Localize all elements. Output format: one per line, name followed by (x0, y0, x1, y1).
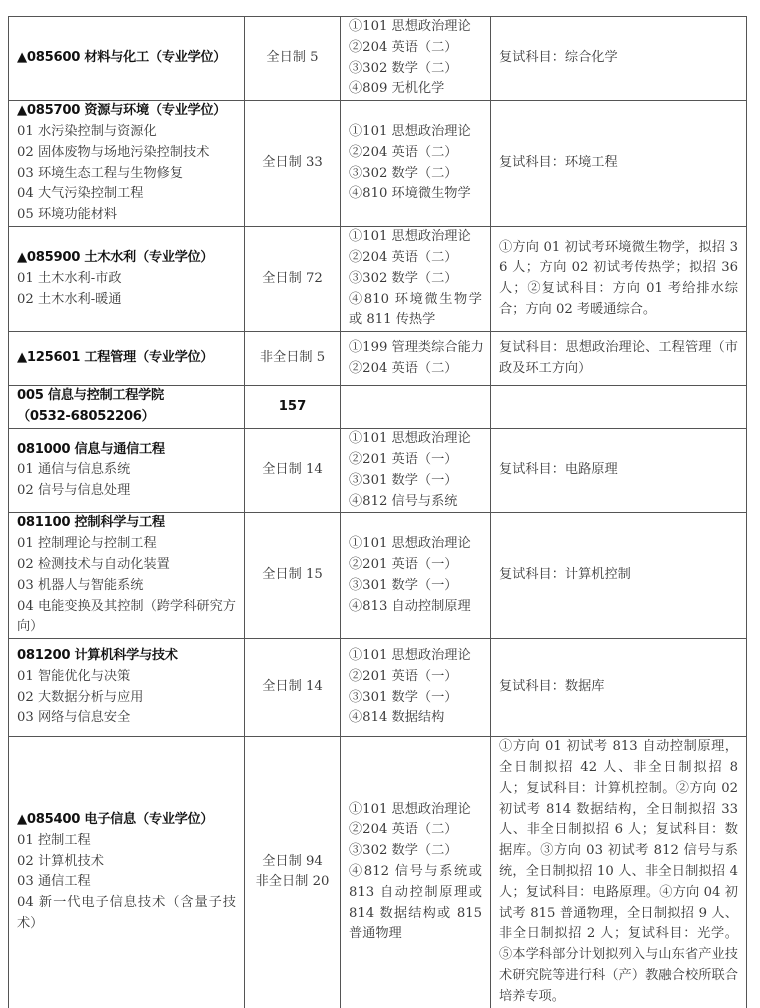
exam-subject: ③301 数学（一） (349, 688, 482, 709)
major-cell: ▲085900 土木水利（专业学位） 01 土木水利-市政 02 土木水利-暖通 (9, 227, 245, 332)
quota-value: 全日制 14 (253, 677, 332, 698)
direction-item: 02 检测技术与自动化装置 (17, 555, 236, 576)
notes-cell: ①方向 01 初试考 813 自动控制原理，全日制拟招 42 人、非全日制拟招 … (491, 737, 747, 1008)
exam-subjects-cell: ①101 思想政治理论 ②201 英语（一） ③301 数学（一） ④814 数… (341, 639, 491, 737)
notes-text: ①方向 01 初试考 813 自动控制原理，全日制拟招 42 人、非全日制拟招 … (499, 737, 738, 1007)
direction-item: 01 控制工程 (17, 831, 236, 852)
table-row: ▲085400 电子信息（专业学位） 01 控制工程 02 计算机技术 03 通… (9, 737, 747, 1008)
exam-subjects-cell: ①199 管理类综合能力 ②204 英语（二） (341, 332, 491, 386)
direction-item: 01 智能优化与决策 (17, 667, 236, 688)
exam-subjects-cell: ①101 思想政治理论 ②204 英语（二） ③302 数学（二） ④812 信… (341, 737, 491, 1008)
exam-subject: ①101 思想政治理论 (349, 17, 482, 38)
notes-text: 复试科目：计算机控制 (499, 565, 738, 586)
notes-cell: 复试科目：思想政治理论、工程管理（市政及环工方向） (491, 332, 747, 386)
exam-subject: ③302 数学（二） (349, 59, 482, 80)
table-row: 081100 控制科学与工程 01 控制理论与控制工程 02 检测技术与自动化装… (9, 513, 747, 639)
exam-subject: ①101 思想政治理论 (349, 122, 482, 143)
table-row: 081000 信息与通信工程 01 通信与信息系统 02 信号与信息处理 全日制… (9, 429, 747, 513)
exam-subject: ②201 英语（一） (349, 555, 482, 576)
exam-subject: ④812 信号与系统或 813 自动控制原理或 814 数据结构或 815 普通… (349, 862, 482, 945)
exam-subject: ①101 思想政治理论 (349, 227, 482, 248)
quota-value: 全日制 94 (253, 852, 332, 873)
direction-item: 03 环境生态工程与生物修复 (17, 164, 236, 185)
exam-subject: ③301 数学（一） (349, 471, 482, 492)
exam-subject: ②201 英语（一） (349, 667, 482, 688)
direction-item: 04 大气污染控制工程 (17, 184, 236, 205)
major-cell: ▲085600 材料与化工（专业学位） (9, 17, 245, 101)
quota-value: 全日制 14 (253, 460, 332, 481)
exam-subject: ①101 思想政治理论 (349, 534, 482, 555)
notes-text: 复试科目：思想政治理论、工程管理（市政及环工方向） (499, 338, 738, 380)
quota-cell: 全日制 94 非全日制 20 (245, 737, 341, 1008)
quota-cell: 全日制 5 (245, 17, 341, 101)
major-title: ▲085400 电子信息（专业学位） (17, 810, 236, 831)
exam-subject: ④809 无机化学 (349, 79, 482, 100)
notes-cell: 复试科目：电路原理 (491, 429, 747, 513)
exam-subjects-cell: ①101 思想政治理论 ②201 英语（一） ③301 数学（一） ④813 自… (341, 513, 491, 639)
major-cell: ▲125601 工程管理（专业学位） (9, 332, 245, 386)
direction-item: 02 计算机技术 (17, 852, 236, 873)
major-cell: 081000 信息与通信工程 01 通信与信息系统 02 信号与信息处理 (9, 429, 245, 513)
exam-subject: ①101 思想政治理论 (349, 429, 482, 450)
exam-subject: ③302 数学（二） (349, 164, 482, 185)
table-row: ▲085700 资源与环境（专业学位） 01 水污染控制与资源化 02 固体废物… (9, 101, 747, 227)
quota-value: 非全日制 5 (253, 348, 332, 369)
exam-subject: ①101 思想政治理论 (349, 800, 482, 821)
direction-item: 02 固体废物与场地污染控制技术 (17, 143, 236, 164)
major-title: ▲085900 土木水利（专业学位） (17, 248, 236, 269)
direction-item: 01 土木水利-市政 (17, 269, 236, 290)
table-row: ▲085600 材料与化工（专业学位） 全日制 5 ①101 思想政治理论 ②2… (9, 17, 747, 101)
school-total-cell: 157 (245, 386, 341, 429)
exam-subject: ②204 英语（二） (349, 143, 482, 164)
exam-subject: ③302 数学（二） (349, 841, 482, 862)
exam-subject: ①199 管理类综合能力 (349, 338, 482, 359)
quota-cell: 非全日制 5 (245, 332, 341, 386)
quota-cell: 全日制 33 (245, 101, 341, 227)
direction-item: 01 控制理论与控制工程 (17, 534, 236, 555)
direction-item: 03 网络与信息安全 (17, 708, 236, 729)
notes-text: 复试科目：电路原理 (499, 460, 738, 481)
table-row: ▲085900 土木水利（专业学位） 01 土木水利-市政 02 土木水利-暖通… (9, 227, 747, 332)
notes-text: ①方向 01 初试考环境微生物学，拟招 36 人；方向 02 初试考传热学；拟招… (499, 238, 738, 321)
notes-cell: 复试科目：计算机控制 (491, 513, 747, 639)
direction-item: 02 大数据分析与应用 (17, 688, 236, 709)
admissions-table: ▲085600 材料与化工（专业学位） 全日制 5 ①101 思想政治理论 ②2… (8, 16, 747, 1008)
quota-cell: 全日制 72 (245, 227, 341, 332)
school-cell: 005 信息与控制工程学院 （0532-68052206） (9, 386, 245, 429)
notes-text: 复试科目：综合化学 (499, 48, 738, 69)
direction-item: 04 新一代电子信息技术（含量子技术） (17, 893, 236, 935)
major-title: 081100 控制科学与工程 (17, 513, 236, 534)
exam-subjects-cell: ①101 思想政治理论 ②201 英语（一） ③301 数学（一） ④812 信… (341, 429, 491, 513)
quota-value: 非全日制 20 (253, 872, 332, 893)
exam-subject: ①101 思想政治理论 (349, 646, 482, 667)
exam-subjects-cell: ①101 思想政治理论 ②204 英语（二） ③302 数学（二） ④810 环… (341, 101, 491, 227)
exam-subject: ④810 环境微生物学或 811 传热学 (349, 290, 482, 332)
exam-subject: ②204 英语（二） (349, 820, 482, 841)
exam-subject: ②204 英语（二） (349, 248, 482, 269)
quota-value: 全日制 72 (253, 269, 332, 290)
direction-item: 01 水污染控制与资源化 (17, 122, 236, 143)
exam-subjects-cell: ①101 思想政治理论 ②204 英语（二） ③302 数学（二） ④809 无… (341, 17, 491, 101)
empty-cell (341, 386, 491, 429)
empty-cell (491, 386, 747, 429)
direction-item: 03 机器人与智能系统 (17, 576, 236, 597)
school-phone: （0532-68052206） (17, 407, 236, 428)
direction-item: 03 通信工程 (17, 872, 236, 893)
notes-cell: 复试科目：综合化学 (491, 17, 747, 101)
exam-subjects-cell: ①101 思想政治理论 ②204 英语（二） ③302 数学（二） ④810 环… (341, 227, 491, 332)
direction-item: 02 信号与信息处理 (17, 481, 236, 502)
quota-cell: 全日制 15 (245, 513, 341, 639)
major-title: ▲085700 资源与环境（专业学位） (17, 101, 236, 122)
school-total-quota: 157 (253, 397, 332, 418)
exam-subject: ④810 环境微生物学 (349, 184, 482, 205)
exam-subject: ②201 英语（一） (349, 450, 482, 471)
table-row: 081200 计算机科学与技术 01 智能优化与决策 02 大数据分析与应用 0… (9, 639, 747, 737)
major-cell: ▲085700 资源与环境（专业学位） 01 水污染控制与资源化 02 固体废物… (9, 101, 245, 227)
major-title: ▲125601 工程管理（专业学位） (17, 348, 236, 369)
exam-subject: ②204 英语（二） (349, 359, 482, 380)
major-title: 081200 计算机科学与技术 (17, 646, 236, 667)
school-name: 005 信息与控制工程学院 (17, 386, 236, 407)
notes-cell: 复试科目：环境工程 (491, 101, 747, 227)
quota-value: 全日制 33 (253, 153, 332, 174)
quota-cell: 全日制 14 (245, 639, 341, 737)
exam-subject: ④814 数据结构 (349, 708, 482, 729)
major-title: ▲085600 材料与化工（专业学位） (17, 48, 236, 69)
table-row: ▲125601 工程管理（专业学位） 非全日制 5 ①199 管理类综合能力 ②… (9, 332, 747, 386)
exam-subject: ③301 数学（一） (349, 576, 482, 597)
quota-value: 全日制 15 (253, 565, 332, 586)
exam-subject: ④812 信号与系统 (349, 492, 482, 513)
major-cell: ▲085400 电子信息（专业学位） 01 控制工程 02 计算机技术 03 通… (9, 737, 245, 1008)
school-header-row: 005 信息与控制工程学院 （0532-68052206） 157 (9, 386, 747, 429)
notes-text: 复试科目：数据库 (499, 677, 738, 698)
direction-item: 01 通信与信息系统 (17, 460, 236, 481)
exam-subject: ④813 自动控制原理 (349, 597, 482, 618)
direction-item: 05 环境功能材料 (17, 205, 236, 226)
notes-cell: 复试科目：数据库 (491, 639, 747, 737)
notes-text: 复试科目：环境工程 (499, 153, 738, 174)
quota-cell: 全日制 14 (245, 429, 341, 513)
direction-item: 04 电能变换及其控制（跨学科研究方向） (17, 597, 236, 639)
major-title: 081000 信息与通信工程 (17, 440, 236, 461)
direction-item: 02 土木水利-暖通 (17, 290, 236, 311)
exam-subject: ③302 数学（二） (349, 269, 482, 290)
major-cell: 081100 控制科学与工程 01 控制理论与控制工程 02 检测技术与自动化装… (9, 513, 245, 639)
quota-value: 全日制 5 (253, 48, 332, 69)
major-cell: 081200 计算机科学与技术 01 智能优化与决策 02 大数据分析与应用 0… (9, 639, 245, 737)
notes-cell: ①方向 01 初试考环境微生物学，拟招 36 人；方向 02 初试考传热学；拟招… (491, 227, 747, 332)
exam-subject: ②204 英语（二） (349, 38, 482, 59)
